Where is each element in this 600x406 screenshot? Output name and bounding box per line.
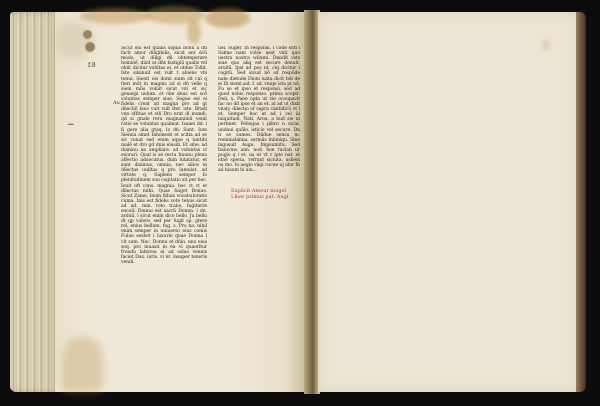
text-column-right: uel. Suger. In responsi. I cõde suti i S… — [218, 46, 300, 188]
open-book: f.8 Au ~ Sicut enĩ est qualis siquis bon… — [0, 0, 600, 406]
margin-mark: ~ — [67, 120, 75, 130]
water-stain — [80, 8, 150, 24]
margin-note: Au — [113, 100, 120, 106]
water-stain-drip — [187, 20, 201, 44]
colophon-line: Liber primus pat. Augl — [231, 194, 303, 200]
water-stain — [205, 8, 250, 28]
water-stain-corner — [63, 337, 103, 392]
stain-spot — [542, 40, 550, 50]
right-page-blank — [318, 12, 578, 392]
cover-edge — [576, 12, 586, 392]
colophon-rubric: Explicit Amour mugel Liber primus pat. A… — [231, 188, 303, 200]
corner-soiling — [55, 20, 95, 60]
page-block-fore-edge — [10, 12, 58, 392]
text-column-left: Sicut enĩ est qualis siquis bonũ a dñ fa… — [121, 46, 207, 310]
margin-note-folio: f.8 — [88, 62, 96, 69]
